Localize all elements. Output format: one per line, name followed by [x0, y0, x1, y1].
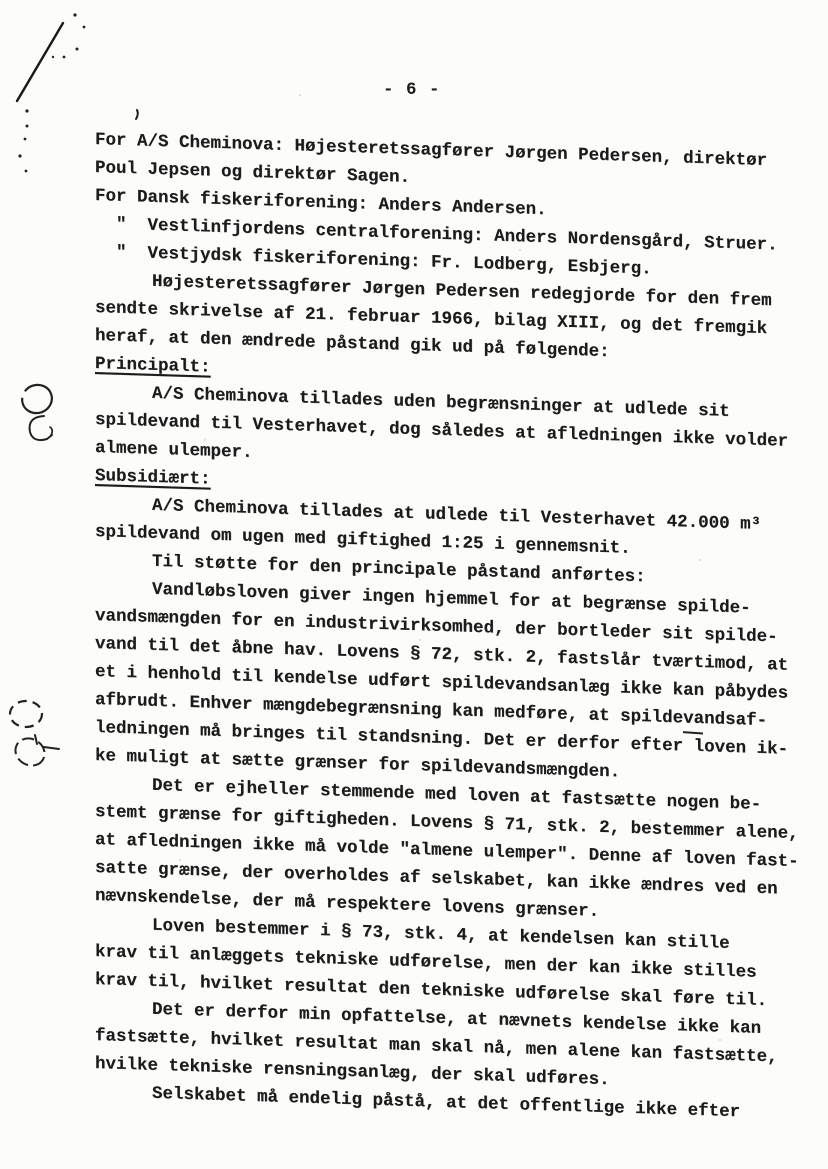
- pen-stroke-diagonal: [17, 23, 63, 101]
- circle-stem-horizontal: [44, 747, 59, 749]
- circle-mark-upper: [18, 381, 56, 418]
- stray-apostrophe: [136, 110, 138, 119]
- scanned-page: - 6 - For A/S Cheminova: Højesteretssagf…: [0, 0, 828, 1169]
- margin-dots: [18, 13, 85, 172]
- circle-stem-vertical: [35, 735, 37, 744]
- page-number: - 6 -: [383, 80, 441, 100]
- dashed-circle-mark-lower: [10, 701, 42, 727]
- pen-stroke-hairline: [21, 34, 57, 96]
- hook-mark-upper: [30, 416, 52, 440]
- circle-with-stem-mark-lower: [11, 733, 50, 771]
- hook-mark-tail: [50, 427, 52, 435]
- document-body: For A/S Cheminova: Højesteretssagfører J…: [95, 130, 815, 1133]
